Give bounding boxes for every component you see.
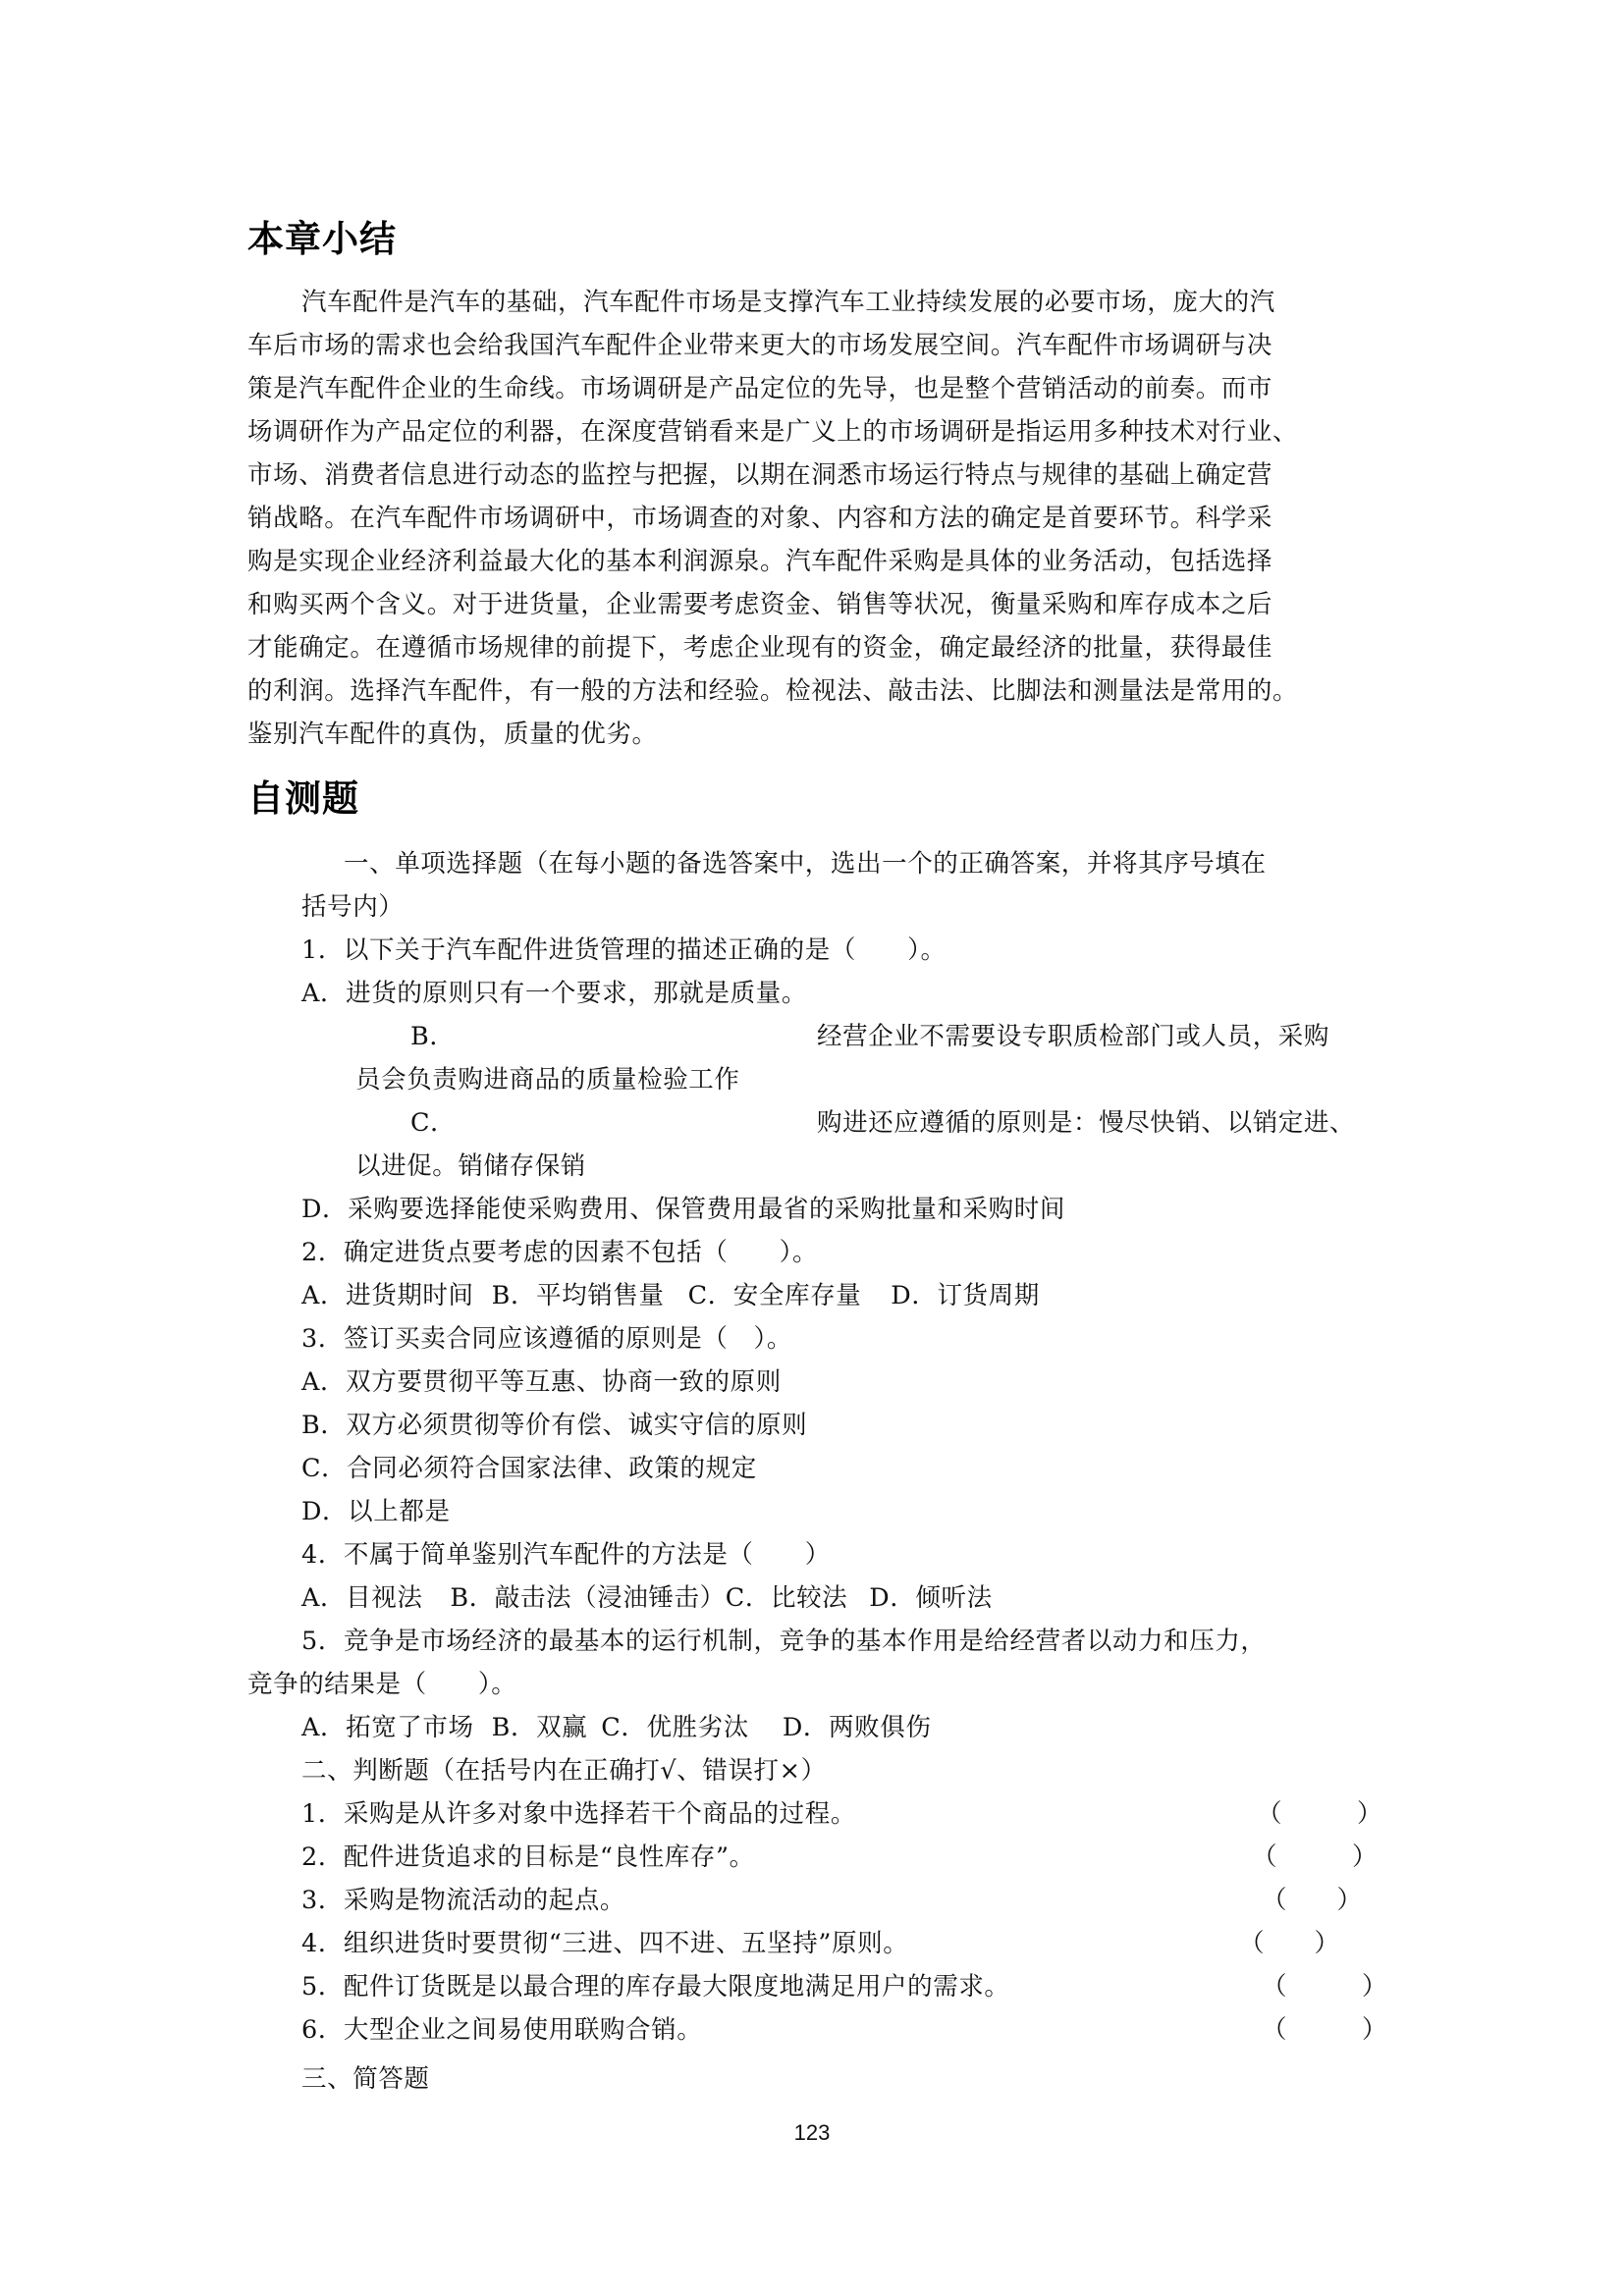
q2-option-d: D．订货周期 bbox=[891, 1281, 1040, 1310]
judge-item-1: 1．采购是从许多对象中选择若干个商品的过程。 bbox=[301, 1796, 856, 1832]
q1-option-b-text: 经营企业不需要设专职质检部门或人员，采购 bbox=[817, 1019, 1329, 1054]
q2-option-a: A．进货期时间 bbox=[301, 1281, 474, 1310]
section1-title: 一、单项选择题（在每小题的备选答案中，选出一个的正确答案，并将其序号填在 bbox=[344, 846, 1267, 881]
q1-option-c-text-cont: 以进促。销储存保销 bbox=[355, 1148, 586, 1184]
q2-stem: 2．确定进货点要考虑的因素不包括（ ）。 bbox=[301, 1235, 818, 1270]
q5-options: A．拓宽了市场B．双赢C．优胜劣汰D．两败俱伤 bbox=[301, 1710, 931, 1745]
q4-options: A．目视法B．敲击法（浸油锤击）C．比较法D．倾听法 bbox=[301, 1580, 993, 1616]
q1-option-c-text: 购进还应遵循的原则是：慢尽快销、以销定进、 bbox=[817, 1105, 1355, 1141]
q3-option-b: B．双方必须贯彻等价有偿、诚实守信的原则 bbox=[301, 1408, 807, 1443]
answer-bracket[interactable]: （ ） bbox=[1262, 2012, 1387, 2048]
q3-option-a: A．双方要贯彻平等互惠、协商一致的原则 bbox=[301, 1364, 782, 1400]
summary-heading: 本章小结 bbox=[247, 218, 397, 261]
judge-item-5: 5．配件订货既是以最合理的库存最大限度地满足用户的需求。 bbox=[301, 1969, 1010, 2004]
judge-item-6: 6．大型企业之间易使用联购合销。 bbox=[301, 2012, 702, 2048]
page-number: 123 bbox=[0, 2120, 1624, 2146]
summary-line: 车后市场的需求也会给我国汽车配件企业带来更大的市场发展空间。汽车配件市场调研与决 bbox=[247, 328, 1272, 363]
q5-option-b: B．双赢 bbox=[492, 1713, 588, 1742]
q2-option-c: C．安全库存量 bbox=[688, 1281, 862, 1310]
q1-option-b-label: B． bbox=[410, 1019, 455, 1054]
summary-line: 的利润。选择汽车配件，有一般的方法和经验。检视法、敲击法、比脚法和测量法是常用的… bbox=[247, 673, 1298, 709]
q1-option-c-label: C． bbox=[410, 1105, 456, 1141]
q1-option-b-text-cont: 员会负责购进商品的质量检验工作 bbox=[355, 1062, 740, 1097]
q5-option-c: C．优胜劣汰 bbox=[601, 1713, 749, 1742]
q5-stem: 5．竞争是市场经济的最基本的运行机制，竞争的基本作用是给经营者以动力和压力， bbox=[301, 1624, 1267, 1659]
q4-option-d: D．倾听法 bbox=[869, 1583, 992, 1613]
answer-bracket[interactable]: （ ） bbox=[1262, 1883, 1362, 1918]
summary-line: 销战略。在汽车配件市场调研中，市场调查的对象、内容和方法的确定是首要环节。科学采 bbox=[247, 501, 1272, 536]
section1-title-cont: 括号内） bbox=[301, 889, 404, 925]
q5-option-d: D．两败俱伤 bbox=[783, 1713, 932, 1742]
answer-bracket[interactable]: （ ） bbox=[1239, 1926, 1339, 1961]
q5-stem-cont: 竞争的结果是（ ）。 bbox=[247, 1667, 516, 1702]
q4-option-a: A．目视法 bbox=[301, 1583, 422, 1613]
summary-line: 和购买两个含义。对于进货量，企业需要考虑资金、销售等状况，衡量采购和库存成本之后 bbox=[247, 587, 1272, 622]
judge-item-4: 4．组织进货时要贯彻“三进、四不进、五坚持”原则。 bbox=[301, 1926, 908, 1961]
q3-option-d: D．以上都是 bbox=[301, 1494, 451, 1529]
q1-option-d: D．采购要选择能使采购费用、保管费用最省的采购批量和采购时间 bbox=[301, 1192, 1065, 1227]
summary-line: 购是实现企业经济利益最大化的基本利润源泉。汽车配件采购是具体的业务活动，包括选择 bbox=[247, 544, 1272, 579]
q1-option-a: A．进货的原则只有一个要求，那就是质量。 bbox=[301, 976, 807, 1011]
q4-option-c: C．比较法 bbox=[726, 1583, 848, 1613]
q5-option-a: A．拓宽了市场 bbox=[301, 1713, 474, 1742]
q1-stem: 1．以下关于汽车配件进货管理的描述正确的是（ ）。 bbox=[301, 933, 947, 968]
summary-line: 鉴别汽车配件的真伪，质量的优劣。 bbox=[247, 717, 658, 752]
answer-bracket[interactable]: （ ） bbox=[1252, 1840, 1378, 1875]
section2-title: 二、判断题（在括号内在正确打√、错误打×） bbox=[301, 1753, 827, 1789]
summary-line: 汽车配件是汽车的基础，汽车配件市场是支撑汽车工业持续发展的必要市场，庞大的汽 bbox=[301, 285, 1275, 320]
document-page: 本章小结 汽车配件是汽车的基础，汽车配件市场是支撑汽车工业持续发展的必要市场，庞… bbox=[0, 0, 1624, 2296]
q2-options: A．进货期时间B．平均销售量C．安全库存量D．订货周期 bbox=[301, 1278, 1040, 1313]
summary-line: 市场、消费者信息进行动态的监控与把握，以期在洞悉市场运行特点与规律的基础上确定营 bbox=[247, 457, 1272, 493]
summary-line: 策是汽车配件企业的生命线。市场调研是产品定位的先导，也是整个营销活动的前奏。而市 bbox=[247, 371, 1272, 406]
summary-line: 场调研作为产品定位的利器，在深度营销看来是广义上的市场调研是指运用多种技术对行业… bbox=[247, 414, 1298, 450]
q4-stem: 4．不属于简单鉴别汽车配件的方法是（ ） bbox=[301, 1537, 831, 1573]
q4-option-b: B．敲击法（浸油锤击） bbox=[450, 1583, 725, 1613]
judge-item-2: 2．配件进货追求的目标是“良性库存”。 bbox=[301, 1840, 755, 1875]
section3-title: 三、简答题 bbox=[301, 2061, 430, 2097]
answer-bracket[interactable]: （ ） bbox=[1262, 1969, 1387, 2004]
summary-line: 才能确定。在遵循市场规律的前提下，考虑企业现有的资金，确定最经济的批量，获得最佳 bbox=[247, 630, 1272, 666]
q2-option-b: B．平均销售量 bbox=[492, 1281, 665, 1310]
q3-stem: 3．签订买卖合同应该遵循的原则是（ ）。 bbox=[301, 1321, 792, 1357]
answer-bracket[interactable]: （ ） bbox=[1257, 1796, 1382, 1832]
q3-option-c: C．合同必须符合国家法律、政策的规定 bbox=[301, 1451, 757, 1486]
selftest-heading: 自测题 bbox=[247, 777, 359, 821]
judge-item-3: 3．采购是物流活动的起点。 bbox=[301, 1883, 625, 1918]
